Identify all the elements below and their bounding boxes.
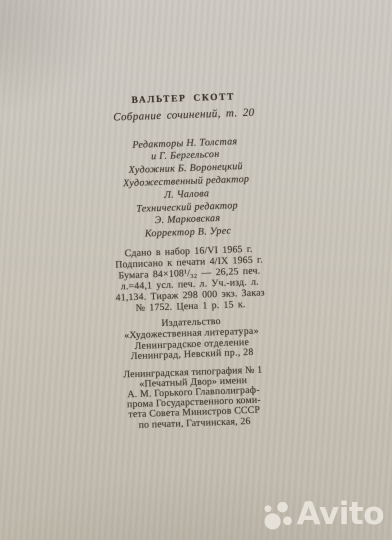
publisher-block: Издательство «Художественная литература»… (66, 314, 317, 366)
printer-block: Ленинградская типография № 1 «Печатный Д… (68, 364, 320, 433)
credits-block: Редакторы Н. Толстая и Г. Бергельсон Худ… (60, 134, 313, 244)
imprint-block: Сдано в набор 16/VI 1965 г. Подписано к … (64, 242, 316, 317)
colophon-page: ВАЛЬТЕР СКОТТ Собрание сочинений, т. 20 … (58, 90, 320, 433)
book-page-photo: ВАЛЬТЕР СКОТТ Собрание сочинений, т. 20 … (0, 0, 392, 540)
avito-wordmark: Avito (297, 496, 384, 532)
avito-dots-icon (263, 500, 294, 531)
series-title: Собрание сочинений, т. 20 (59, 105, 309, 126)
avito-watermark: Avito (263, 496, 384, 532)
